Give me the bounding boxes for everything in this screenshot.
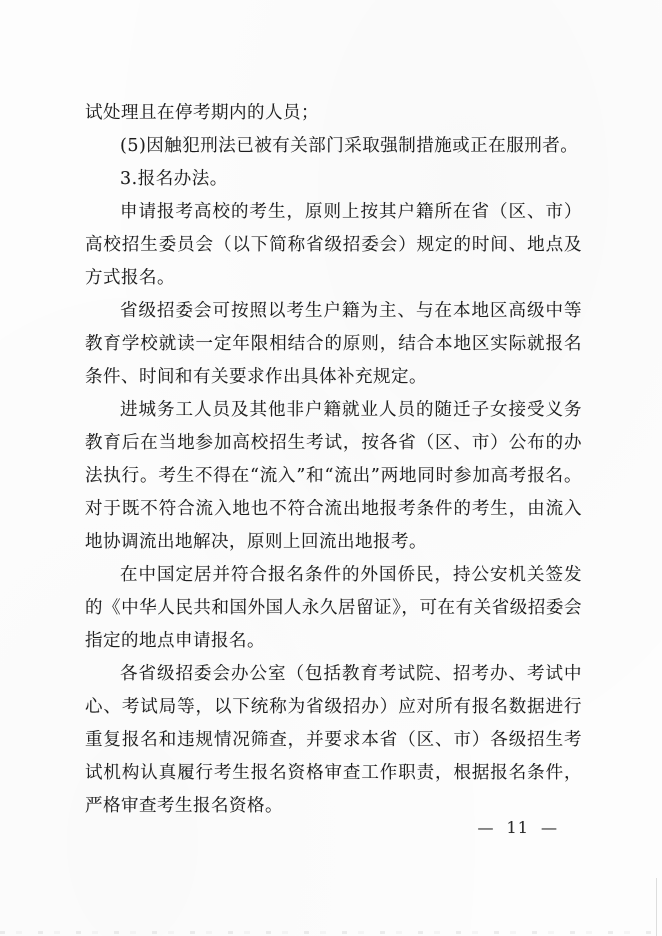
scan-noise-strip	[0, 931, 662, 934]
body-paragraph-section-3-heading: 3.报名办法。	[85, 163, 582, 196]
body-paragraph: 在中国定居并符合报名条件的外国侨民，持公安机关签发的《中华人民共和国外国人永久居…	[85, 559, 582, 658]
page-number: — 11 —	[477, 818, 558, 837]
body-paragraph: 省级招委会可按照以考生户籍为主、与在本地区高级中等教育学校就读一定年限相结合的原…	[85, 295, 582, 394]
document-page: 试处理且在停考期内的人员； (5)因触犯刑法已被有关部门采取强制措施或正在服刑者…	[0, 0, 662, 936]
body-paragraph-item-5: (5)因触犯刑法已被有关部门采取强制措施或正在服刑者。	[85, 130, 582, 163]
scan-noise-line	[656, 878, 657, 936]
body-paragraph: 申请报考高校的考生，原则上按其户籍所在省（区、市）高校招生委员会（以下简称省级招…	[85, 196, 582, 295]
body-paragraph-continuation: 试处理且在停考期内的人员；	[85, 97, 582, 130]
body-paragraph: 进城务工人员及其他非户籍就业人员的随迁子女接受义务教育后在当地参加高校招生考试，…	[85, 394, 582, 559]
document-body: 试处理且在停考期内的人员； (5)因触犯刑法已被有关部门采取强制措施或正在服刑者…	[85, 97, 582, 823]
body-paragraph: 各省级招委会办公室（包括教育考试院、招考办、考试中心、考试局等，以下统称为省级招…	[85, 658, 582, 823]
